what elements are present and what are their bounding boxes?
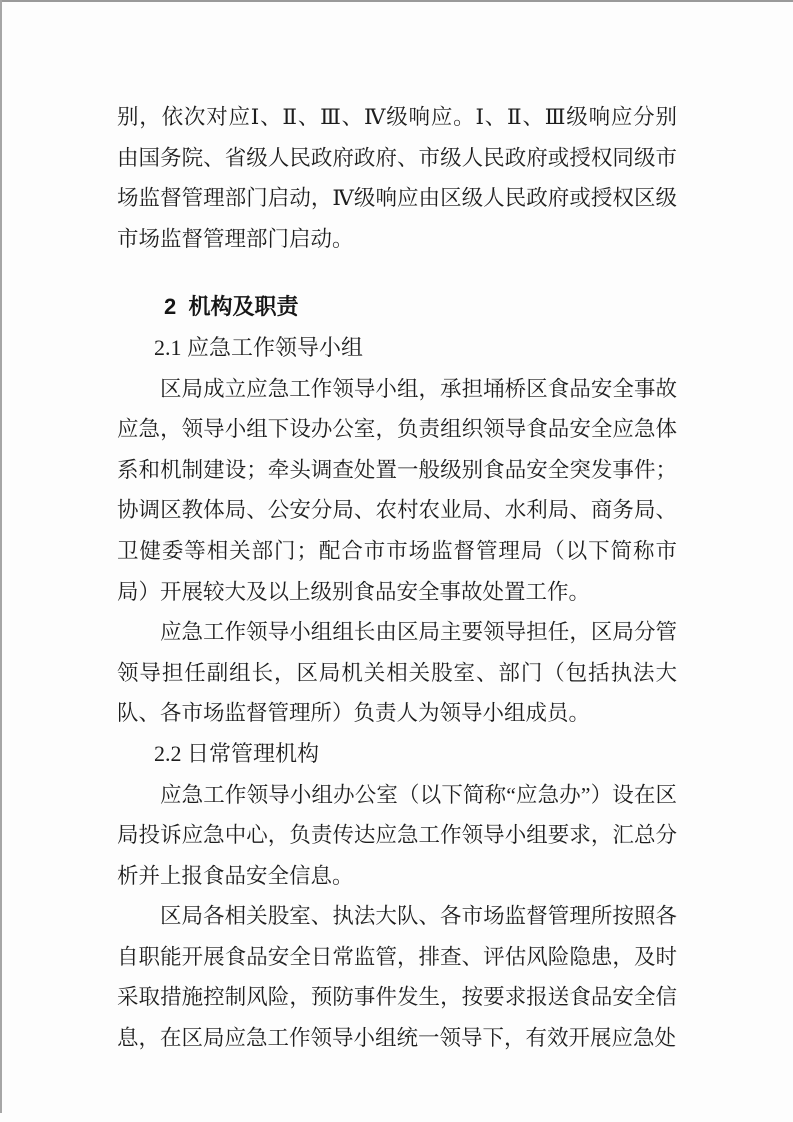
page-text-block: 别，依次对应Ⅰ、Ⅱ、Ⅲ、Ⅳ级响应。Ⅰ、Ⅱ、Ⅲ级响应分别由国务院、省级人民政府政府… <box>117 97 677 1059</box>
document-page: 别，依次对应Ⅰ、Ⅱ、Ⅲ、Ⅳ级响应。Ⅰ、Ⅱ、Ⅲ级响应分别由国务院、省级人民政府政府… <box>0 0 793 1122</box>
paragraph-departments-daily-supervision: 区局各相关股室、执法大队、各市场监督管理所按照各自职能开展食品安全日常监管，排查… <box>117 896 677 1058</box>
paragraph-response-levels: 别，依次对应Ⅰ、Ⅱ、Ⅲ、Ⅳ级响应。Ⅰ、Ⅱ、Ⅲ级响应分别由国务院、省级人民政府政府… <box>117 97 677 259</box>
scan-edge-top-line <box>0 0 793 2</box>
paragraph-emergency-office: 应急工作领导小组办公室（以下简称“应急办”）设在区局投诉应急中心，负责传达应急工… <box>117 775 677 897</box>
scan-edge-left-line <box>0 0 2 1113</box>
subsection-heading-daily-management-organ: 2.2 日常管理机构 <box>154 734 677 775</box>
paragraph-leadership-group-responsibilities: 区局成立应急工作领导小组，承担埇桥区食品安全事故应急，领导小组下设办公室，负责组… <box>117 369 677 613</box>
subsection-heading-emergency-leadership-group: 2.1 应急工作领导小组 <box>154 328 677 369</box>
paragraph-leadership-group-membership: 应急工作领导小组组长由区局主要领导担任，区局分管领导担任副组长，区局机关相关股室… <box>117 612 677 734</box>
section-heading-organization-and-duties: 2 机构及职责 <box>164 287 677 328</box>
